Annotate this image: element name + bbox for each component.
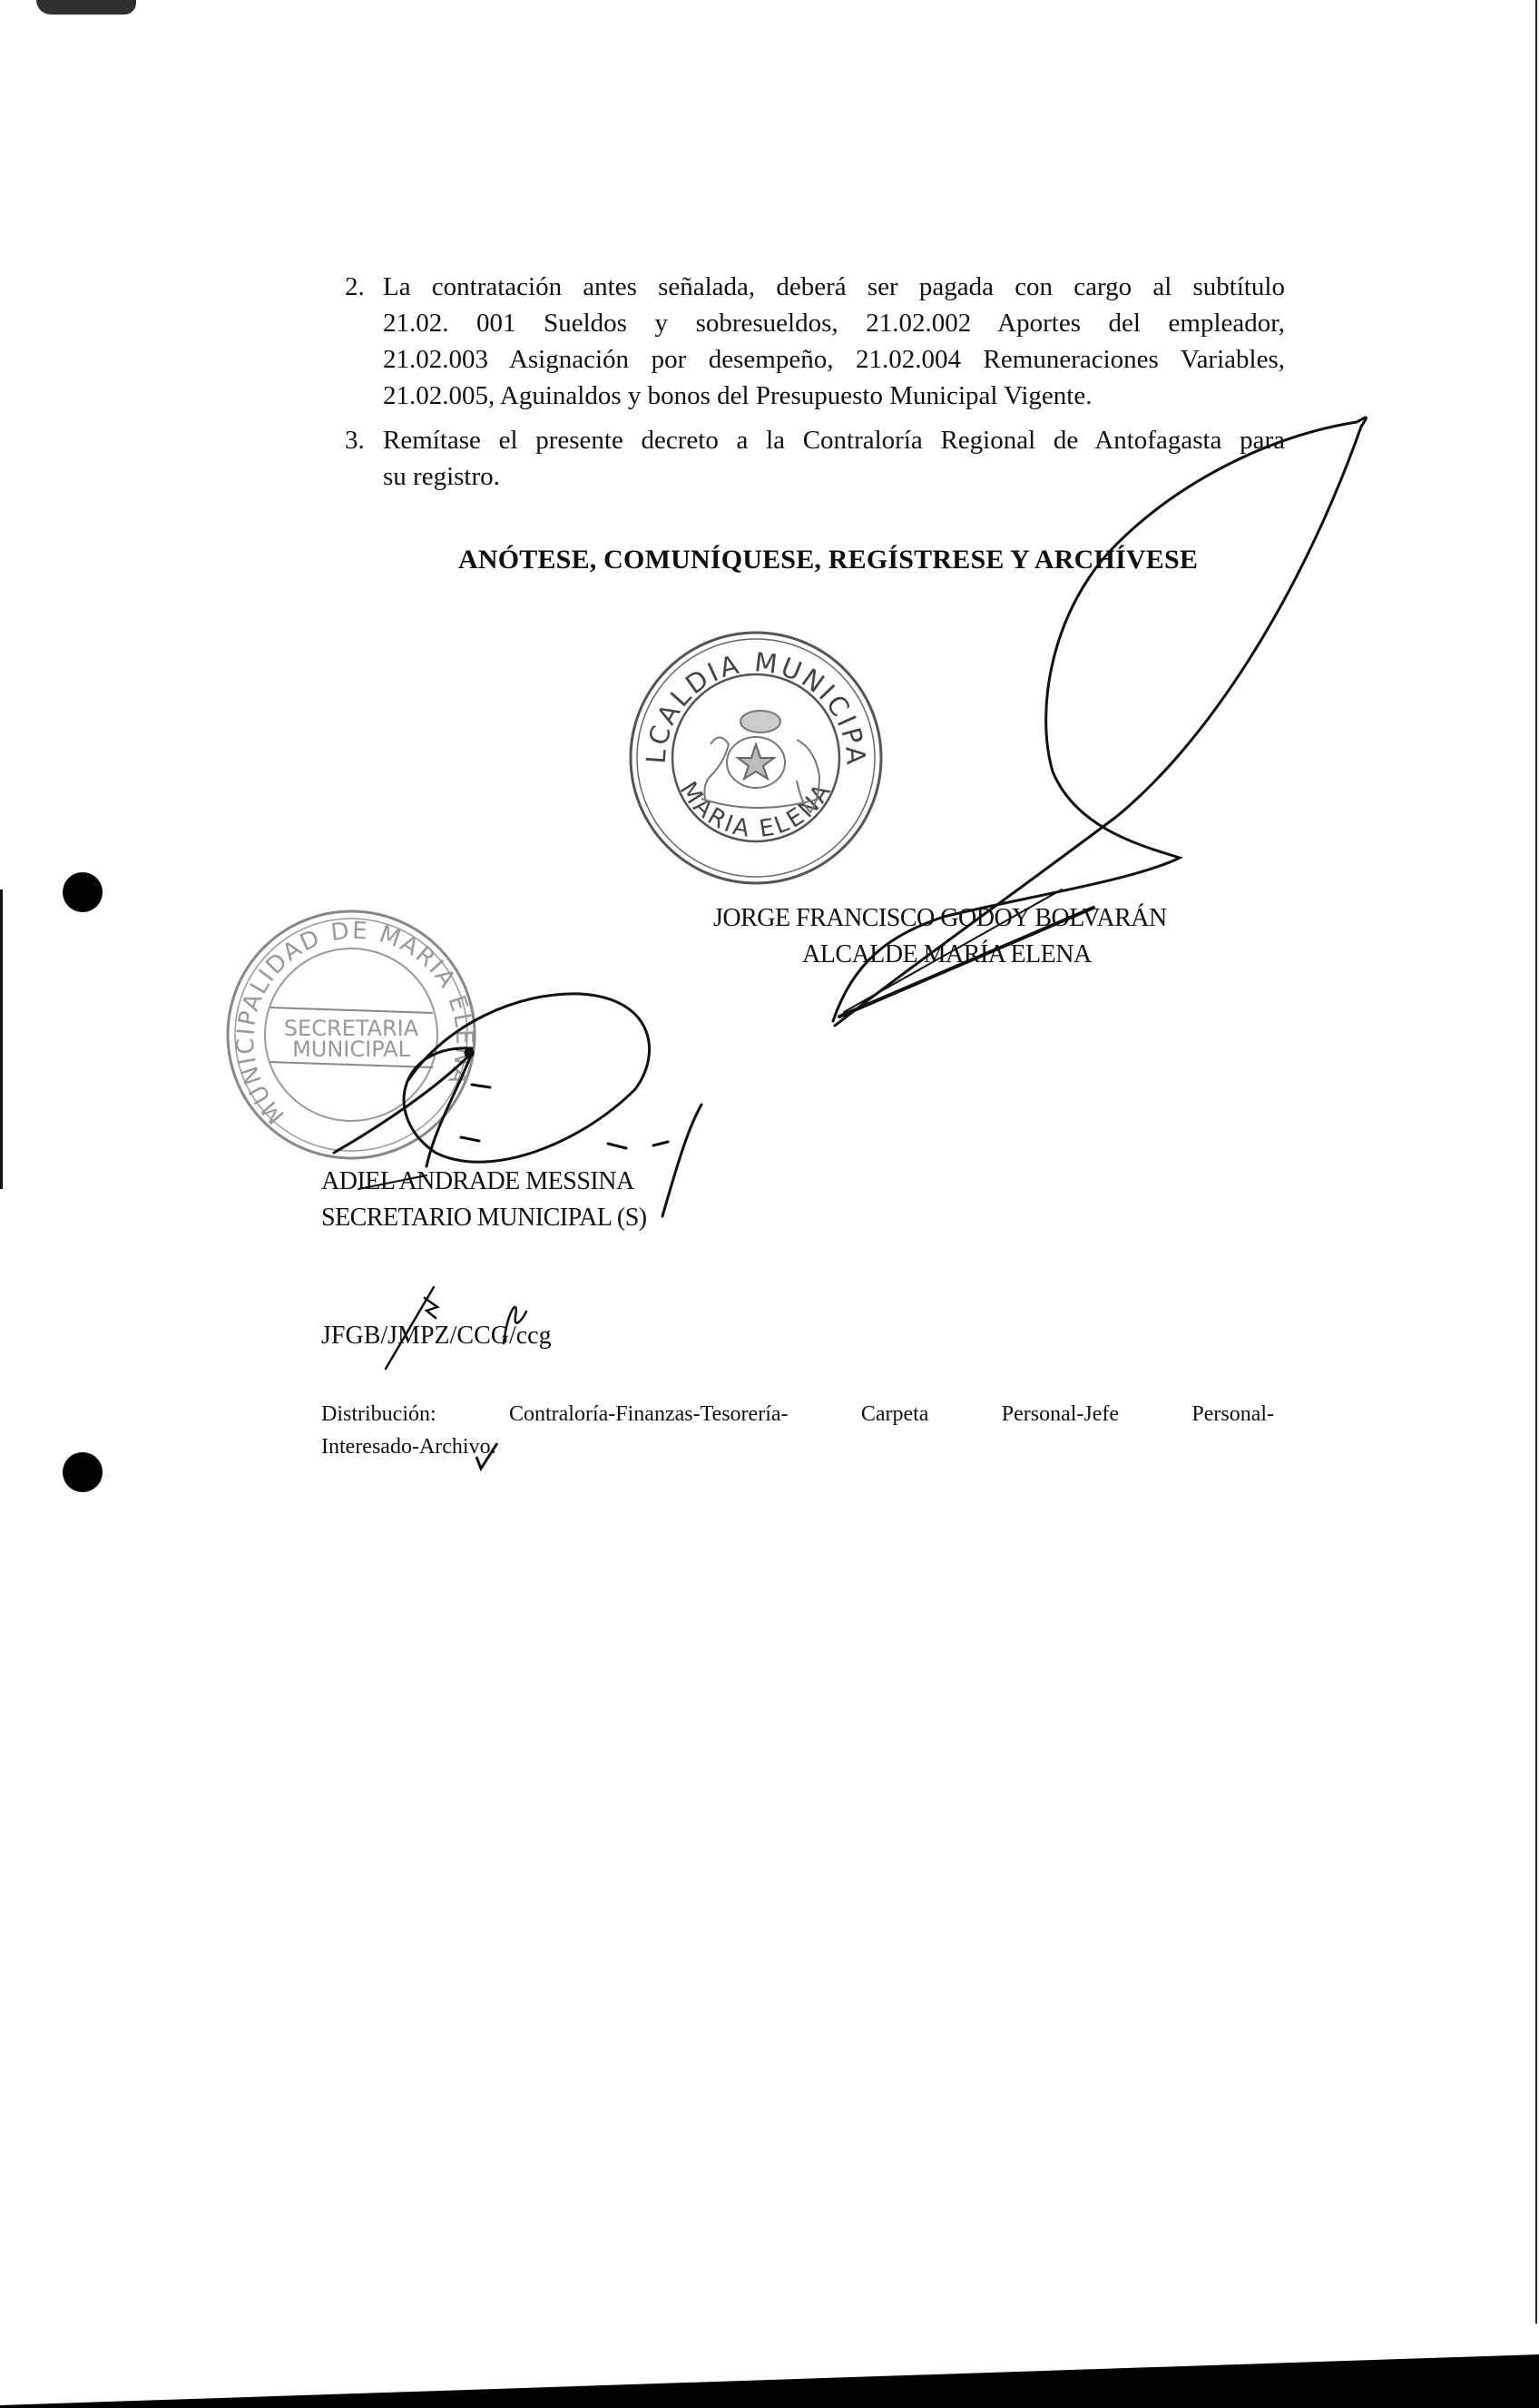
item-line: 21.02.003 Asignación por desempeño, 21.0… <box>383 341 1285 378</box>
svg-text:ALCALDIA MUNICIPAL: ALCALDIA MUNICIPAL <box>624 626 871 768</box>
item-line: La contratación antes señalada, deberá s… <box>383 269 1285 305</box>
mayor-title: ALCALDE MARÍA ELENA <box>802 937 1092 973</box>
reference-initials: JFGB/JMPZ/CCG/ccg <box>321 1322 552 1351</box>
resolution-item-3: 3. Remítase el presente decreto a la Con… <box>383 422 1285 495</box>
closing-formula: ANÓTESE, COMUNÍQUESE, REGÍSTRESE Y ARCHÍ… <box>458 545 1198 575</box>
scan-edge-wedge <box>0 2354 1539 2408</box>
alcaldia-stamp-icon: ALCALDIA MUNICIPAL MARIA ELENA <box>624 626 887 889</box>
item-line: su registro. <box>383 458 1285 495</box>
item-number: 2. <box>345 269 365 305</box>
page-edge-left <box>0 889 3 1189</box>
secretaria-stamp-icon: MUNICIPALIDAD DE MARIA ELENA SECRETARIA … <box>222 906 481 1165</box>
secretary-name: ADIEL ANDRADE MESSINA <box>321 1164 634 1200</box>
punch-hole-icon <box>63 1452 103 1492</box>
item-line: 21.02. 001 Sueldos y sobresueldos, 21.02… <box>383 305 1285 341</box>
distribution-line-1: Contraloría-Finanzas-Tesorería- Carpeta … <box>509 1402 1274 1426</box>
punch-hole-icon <box>63 872 103 912</box>
page-edge-right <box>1535 0 1537 2324</box>
item-number: 3. <box>345 422 365 458</box>
scan-artifact <box>36 0 136 15</box>
item-line: Remítase el presente decreto a la Contra… <box>383 422 1285 458</box>
item-line: 21.02.005, Aguinaldos y bonos del Presup… <box>383 378 1285 414</box>
distribution-line-2: Interesado-Archivo. <box>321 1430 1274 1463</box>
svg-text:MUNICIPAL: MUNICIPAL <box>292 1037 410 1062</box>
distribution-list: Distribución: Contraloría-Finanzas-Tesor… <box>321 1398 1274 1463</box>
distribution-label: Distribución: <box>321 1402 436 1426</box>
secretary-title: SECRETARIO MUNICIPAL (S) <box>321 1200 647 1236</box>
resolution-item-2: 2. La contratación antes señalada, deber… <box>383 269 1285 414</box>
document-page: 2. La contratación antes señalada, deber… <box>0 0 1539 2408</box>
mayor-name: JORGE FRANCISCO GODOY BOLVARÁN <box>713 900 1167 937</box>
